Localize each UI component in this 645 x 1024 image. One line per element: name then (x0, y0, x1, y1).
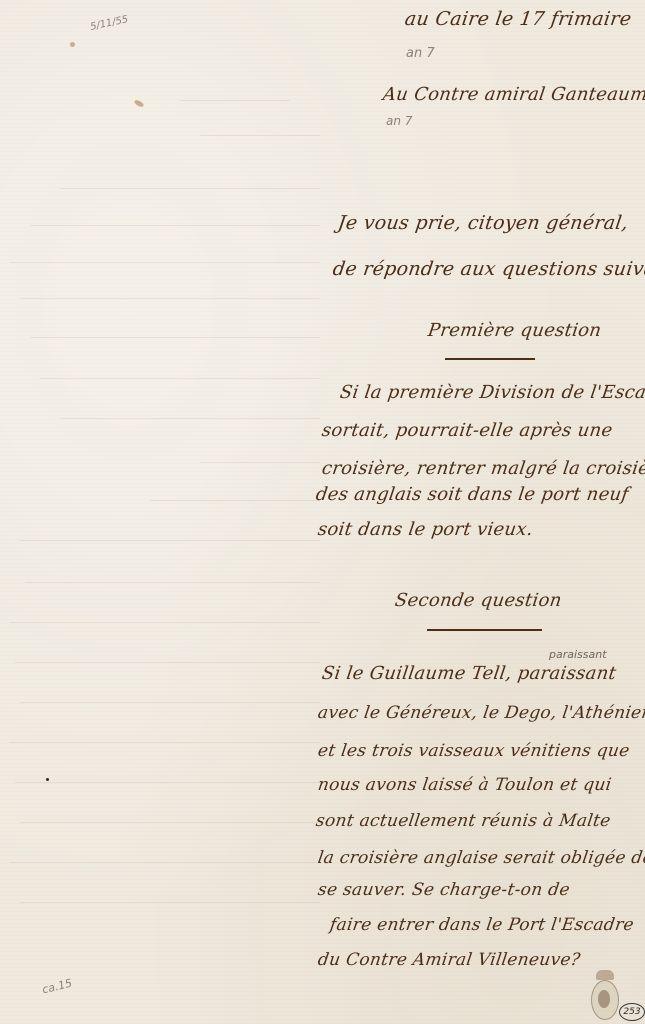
ink-stain (133, 99, 144, 108)
interlinear-insertion: paraissant (549, 648, 607, 661)
folio-number: 253 (619, 1003, 645, 1021)
pencil-margin-note: ca.15 (41, 977, 74, 997)
pencil-archive-note: 5/11/55 (89, 14, 129, 33)
question-2-line-6: la croisière anglaise serait obligée de (317, 848, 645, 868)
question-1-heading-underline (445, 358, 535, 360)
question-1-line-5: soit dans le port vieux. (317, 519, 535, 540)
question-2-heading: Seconde question (394, 590, 564, 611)
question-2-line-2: avec le Généreux, le Dego, l'Athénien (317, 703, 645, 723)
question-1-line-3: croisière, rentrer malgré la croisière (321, 458, 645, 479)
stamp-emblem (598, 990, 610, 1008)
question-2-line-5: sont actuellement réunis à Malte (315, 811, 612, 831)
question-1-heading: Première question (427, 320, 603, 341)
dateline: au Caire le 17 frimaire (403, 8, 632, 30)
question-2-line-1: Si le Guillaume Tell, paraissant (321, 663, 618, 684)
addressee: Au Contre amiral Ganteaume (382, 84, 645, 105)
bleed-through-texture (0, 0, 330, 1024)
dateline-pencil-note: an 7 (406, 46, 435, 61)
library-stamp-icon (588, 970, 622, 1020)
question-1-line-1: Si la première Division de l'Escadre (339, 382, 645, 403)
question-2-line-4: nous avons laissé à Toulon et qui (317, 775, 613, 795)
question-1-line-2: sortait, pourrait-elle après une (321, 420, 614, 441)
intro-line-1: Je vous prie, citoyen général, (336, 212, 629, 234)
stamp-crown (596, 970, 614, 980)
manuscript-page: 5/11/55 ca.15 au Caire le 17 frimaire an… (0, 0, 645, 1024)
addressee-pencil-note: an 7 (386, 114, 412, 128)
ink-dot (46, 778, 49, 781)
question-2-heading-underline (427, 629, 542, 631)
question-2-line-7: se sauver. Se charge-t-on de (317, 880, 572, 900)
question-2-line-9: du Contre Amiral Villeneuve? (317, 950, 582, 970)
question-2-line-3: et les trois vaisseaux vénitiens que (317, 741, 631, 761)
question-1-line-4: des anglais soit dans le port neuf (315, 484, 630, 505)
intro-line-2: de répondre aux questions suivantes. (331, 258, 645, 280)
ink-stain (70, 42, 75, 47)
question-2-line-8: faire entrer dans le Port l'Escadre (329, 915, 636, 935)
